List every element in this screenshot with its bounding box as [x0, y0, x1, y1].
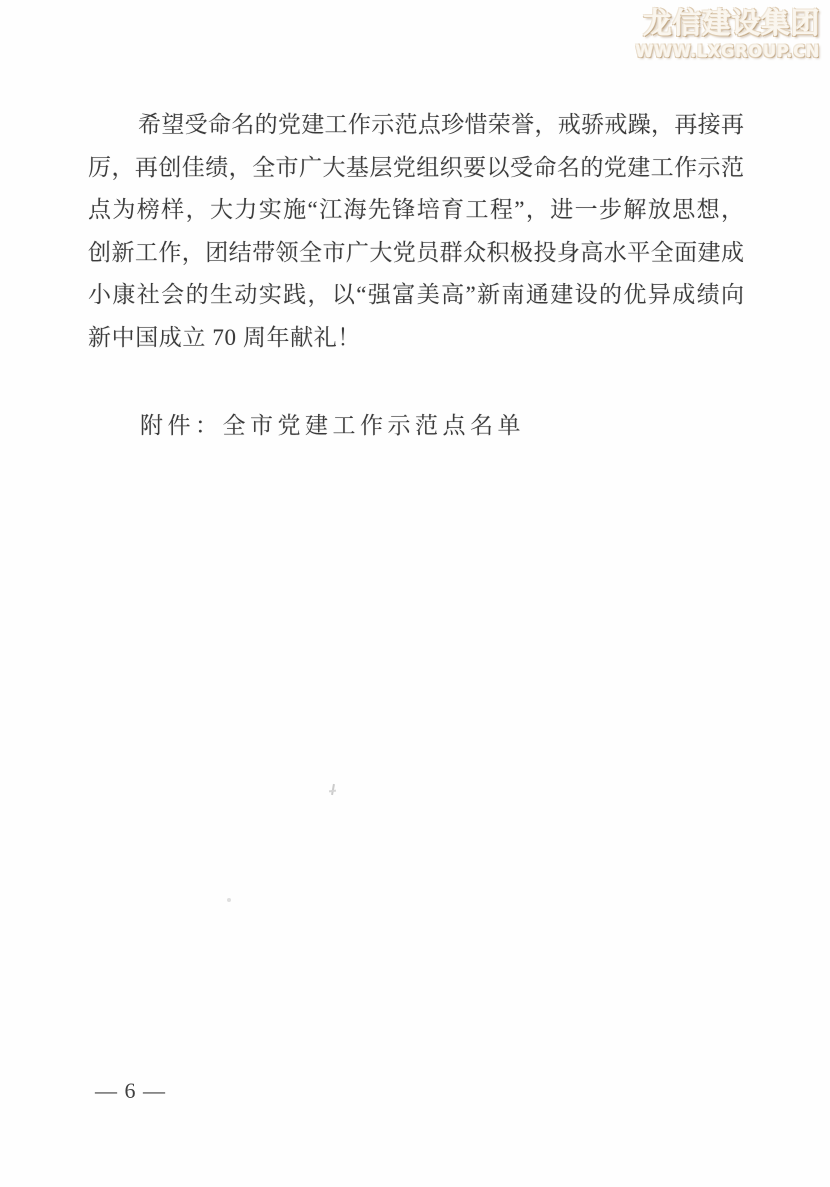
body-text-line: 小康社会的生动实践，以“强富美高”新南通建设的优异成绩向	[88, 274, 744, 317]
company-website-text: WWW.LXGROUP.CN	[635, 42, 820, 61]
attachment-line: 附件：全市党建工作示范点名单	[88, 405, 744, 448]
company-logo-text: 龙信建设集团	[635, 6, 820, 40]
page-number: — 6 —	[95, 1078, 166, 1104]
body-text-line: 厉，再创佳绩，全市广大基层党组织要以受命名的党建工作示范	[88, 147, 744, 190]
body-text-line: 希望受命名的党建工作示范点珍惜荣誉，戒骄戒躁，再接再	[88, 104, 744, 147]
body-text-line: 新中国成立 70 周年献礼！	[88, 317, 744, 360]
scan-artifact-dot	[227, 898, 231, 902]
scanned-document-page: 龙信建设集团 WWW.LXGROUP.CN 希望受命名的党建工作示范点珍惜荣誉，…	[0, 0, 830, 1187]
company-logo: 龙信建设集团 WWW.LXGROUP.CN	[635, 6, 820, 61]
body-text-line: 创新工作，团结带领全市广大党员群众积极投身高水平全面建成	[88, 232, 744, 275]
body-text-line: 点为榜样，大力实施“江海先锋培育工程”，进一步解放思想，	[88, 189, 744, 232]
scan-artifact-speck	[329, 784, 337, 796]
document-body: 希望受命名的党建工作示范点珍惜荣誉，戒骄戒躁，再接再 厉，再创佳绩，全市广大基层…	[88, 104, 744, 448]
